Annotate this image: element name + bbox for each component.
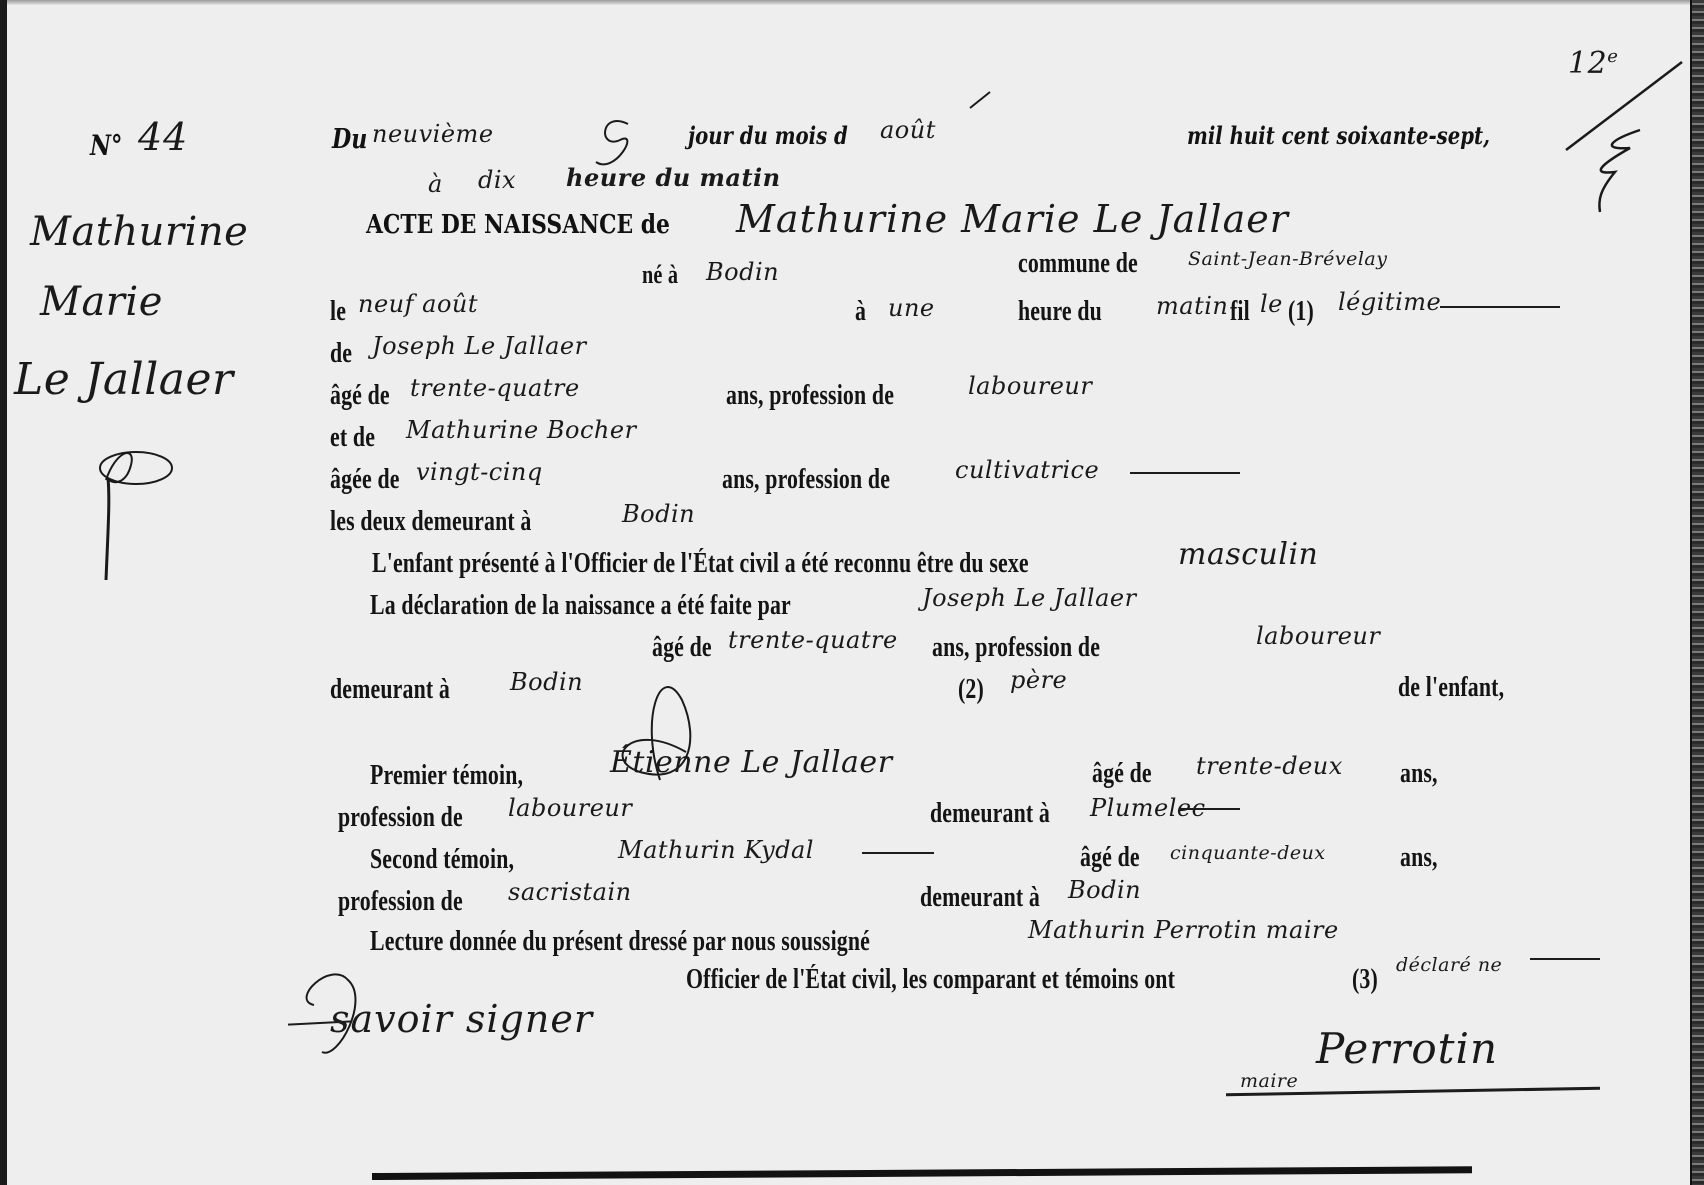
- witness1-ans-label: ans,: [1400, 760, 1438, 788]
- birth-period: matin: [1156, 294, 1228, 318]
- entry-number: 44: [138, 118, 188, 156]
- ne-label: né à: [642, 262, 678, 288]
- officer-label: Officier de l'État civil, les comparant …: [686, 966, 1175, 994]
- entry-number-label: N°: [90, 132, 122, 160]
- mother-profession-label: ans, profession de: [722, 466, 890, 494]
- pen-strokes-icon: [0, 0, 1704, 1185]
- declaration-continuation: savoir signer: [330, 1000, 593, 1038]
- witness1-profession-label: profession de: [338, 804, 463, 832]
- father-age: trente-quatre: [410, 376, 580, 400]
- witness1-name: Étienne Le Jallaer: [610, 748, 893, 778]
- scan-left-edge: [0, 0, 7, 1185]
- declarant-profession: laboureur: [1256, 624, 1380, 648]
- witness2-ans-label: ans,: [1400, 844, 1438, 872]
- relation-suffix: de l'enfant,: [1398, 674, 1504, 702]
- fill-line: [1440, 306, 1560, 308]
- margin-flourish-icon: [96, 440, 186, 590]
- hour-value: dix: [478, 168, 516, 192]
- margin-name-line-2: Marie: [40, 282, 163, 322]
- declaration-label: La déclaration de la naissance a été fai…: [370, 592, 791, 620]
- declarant-age: trente-quatre: [728, 628, 898, 652]
- hour-prefix: à: [428, 172, 443, 196]
- witness2-label: Second témoin,: [370, 846, 514, 874]
- commune-value: Saint-Jean-Brévelay: [1188, 250, 1387, 269]
- heure-du-matin: heure du matin: [566, 166, 781, 190]
- lecture-label: Lecture donnée du présent dressé par nou…: [370, 928, 870, 956]
- declaration-text: déclaré ne: [1396, 956, 1502, 975]
- note-marker-2: (2): [958, 676, 984, 704]
- witness1-age-label: âgé de: [1092, 760, 1152, 788]
- declarant-profession-label: ans, profession de: [932, 634, 1100, 662]
- mother-profession: cultivatrice: [955, 458, 1099, 482]
- father-de-label: de: [330, 340, 352, 368]
- du-label: Du: [332, 126, 367, 153]
- residence-place: Bodin: [622, 502, 695, 526]
- fill-line: [1530, 958, 1600, 960]
- sex-value: masculin: [1178, 540, 1318, 570]
- note-marker-1: (1): [1288, 298, 1314, 326]
- declarant-relation: père: [1010, 668, 1067, 692]
- witness2-profession-label: profession de: [338, 888, 463, 916]
- fil-suffix: le: [1260, 292, 1283, 316]
- declarant-name: Joseph Le Jallaer: [922, 586, 1137, 610]
- fil-label: fil: [1230, 298, 1250, 326]
- witness1-label: Premier témoin,: [370, 762, 523, 790]
- declarant-age-label: âgé de: [652, 634, 712, 662]
- day-value: neuvième: [372, 122, 494, 146]
- birth-hour: une: [888, 296, 935, 320]
- mother-age-label: âgée de: [330, 466, 400, 494]
- witness1-profession: laboureur: [508, 796, 632, 820]
- declarant-residence: Bodin: [510, 670, 583, 694]
- witness2-age-label: âgé de: [1080, 844, 1140, 872]
- note-marker-3: (3): [1352, 966, 1378, 994]
- birth-place: Bodin: [706, 260, 779, 284]
- le-label: le: [330, 298, 346, 326]
- birth-date: neuf août: [358, 292, 478, 316]
- page-number: 12e: [1568, 48, 1618, 79]
- witness1-age: trente-deux: [1196, 754, 1343, 778]
- declarant-residence-label: demeurant à: [330, 676, 450, 704]
- witness2-name: Mathurin Kydal: [618, 838, 814, 862]
- fill-line: [862, 852, 934, 854]
- witness2-profession: sacristain: [508, 880, 632, 904]
- year-text: mil huit cent soixante-sept,: [1187, 124, 1490, 148]
- margin-name-line-3: Le Jallaer: [14, 358, 234, 402]
- register-page: 12e N° 44 Mathurine Marie Le Jallaer Du …: [0, 0, 1704, 1185]
- jour-du-mois-label: jour du mois d: [688, 124, 848, 148]
- witness2-age: cinquante-deux: [1170, 844, 1326, 863]
- father-age-label: âgé de: [330, 382, 390, 410]
- a-label: à: [855, 298, 866, 326]
- child-name: Mathurine Marie Le Jallaer: [736, 200, 1289, 238]
- scan-right-edge: [1690, 0, 1704, 1185]
- legitimacy: légitime: [1338, 290, 1441, 314]
- scan-top-edge: [0, 0, 1704, 5]
- officer-name: Mathurin Perrotin maire: [1028, 918, 1339, 942]
- act-title: ACTE DE NAISSANCE de: [366, 212, 670, 238]
- father-profession-label: ans, profession de: [726, 382, 894, 410]
- residence-label: les deux demeurant à: [330, 508, 531, 536]
- father-name: Joseph Le Jallaer: [372, 334, 587, 358]
- witness2-residence: Bodin: [1068, 878, 1141, 902]
- fill-line: [1130, 472, 1240, 474]
- fill-line: [1180, 808, 1240, 810]
- mayor-signature: Perrotin: [1316, 1028, 1498, 1070]
- commune-label: commune de: [1018, 250, 1138, 278]
- heure-du-label: heure du: [1018, 298, 1102, 326]
- entry-bottom-rule: [372, 1166, 1472, 1180]
- mother-age: vingt-cinq: [416, 460, 543, 484]
- month-value: août: [880, 118, 936, 142]
- witness2-residence-label: demeurant à: [920, 884, 1040, 912]
- sex-label: L'enfant présenté à l'Officier de l'État…: [372, 550, 1029, 578]
- signature-title: maire: [1240, 1072, 1298, 1091]
- witness1-residence-label: demeurant à: [930, 800, 1050, 828]
- margin-name-line-1: Mathurine: [30, 212, 248, 252]
- mother-et-de-label: et de: [330, 424, 375, 452]
- mother-name: Mathurine Bocher: [406, 418, 637, 442]
- father-profession: laboureur: [968, 374, 1092, 398]
